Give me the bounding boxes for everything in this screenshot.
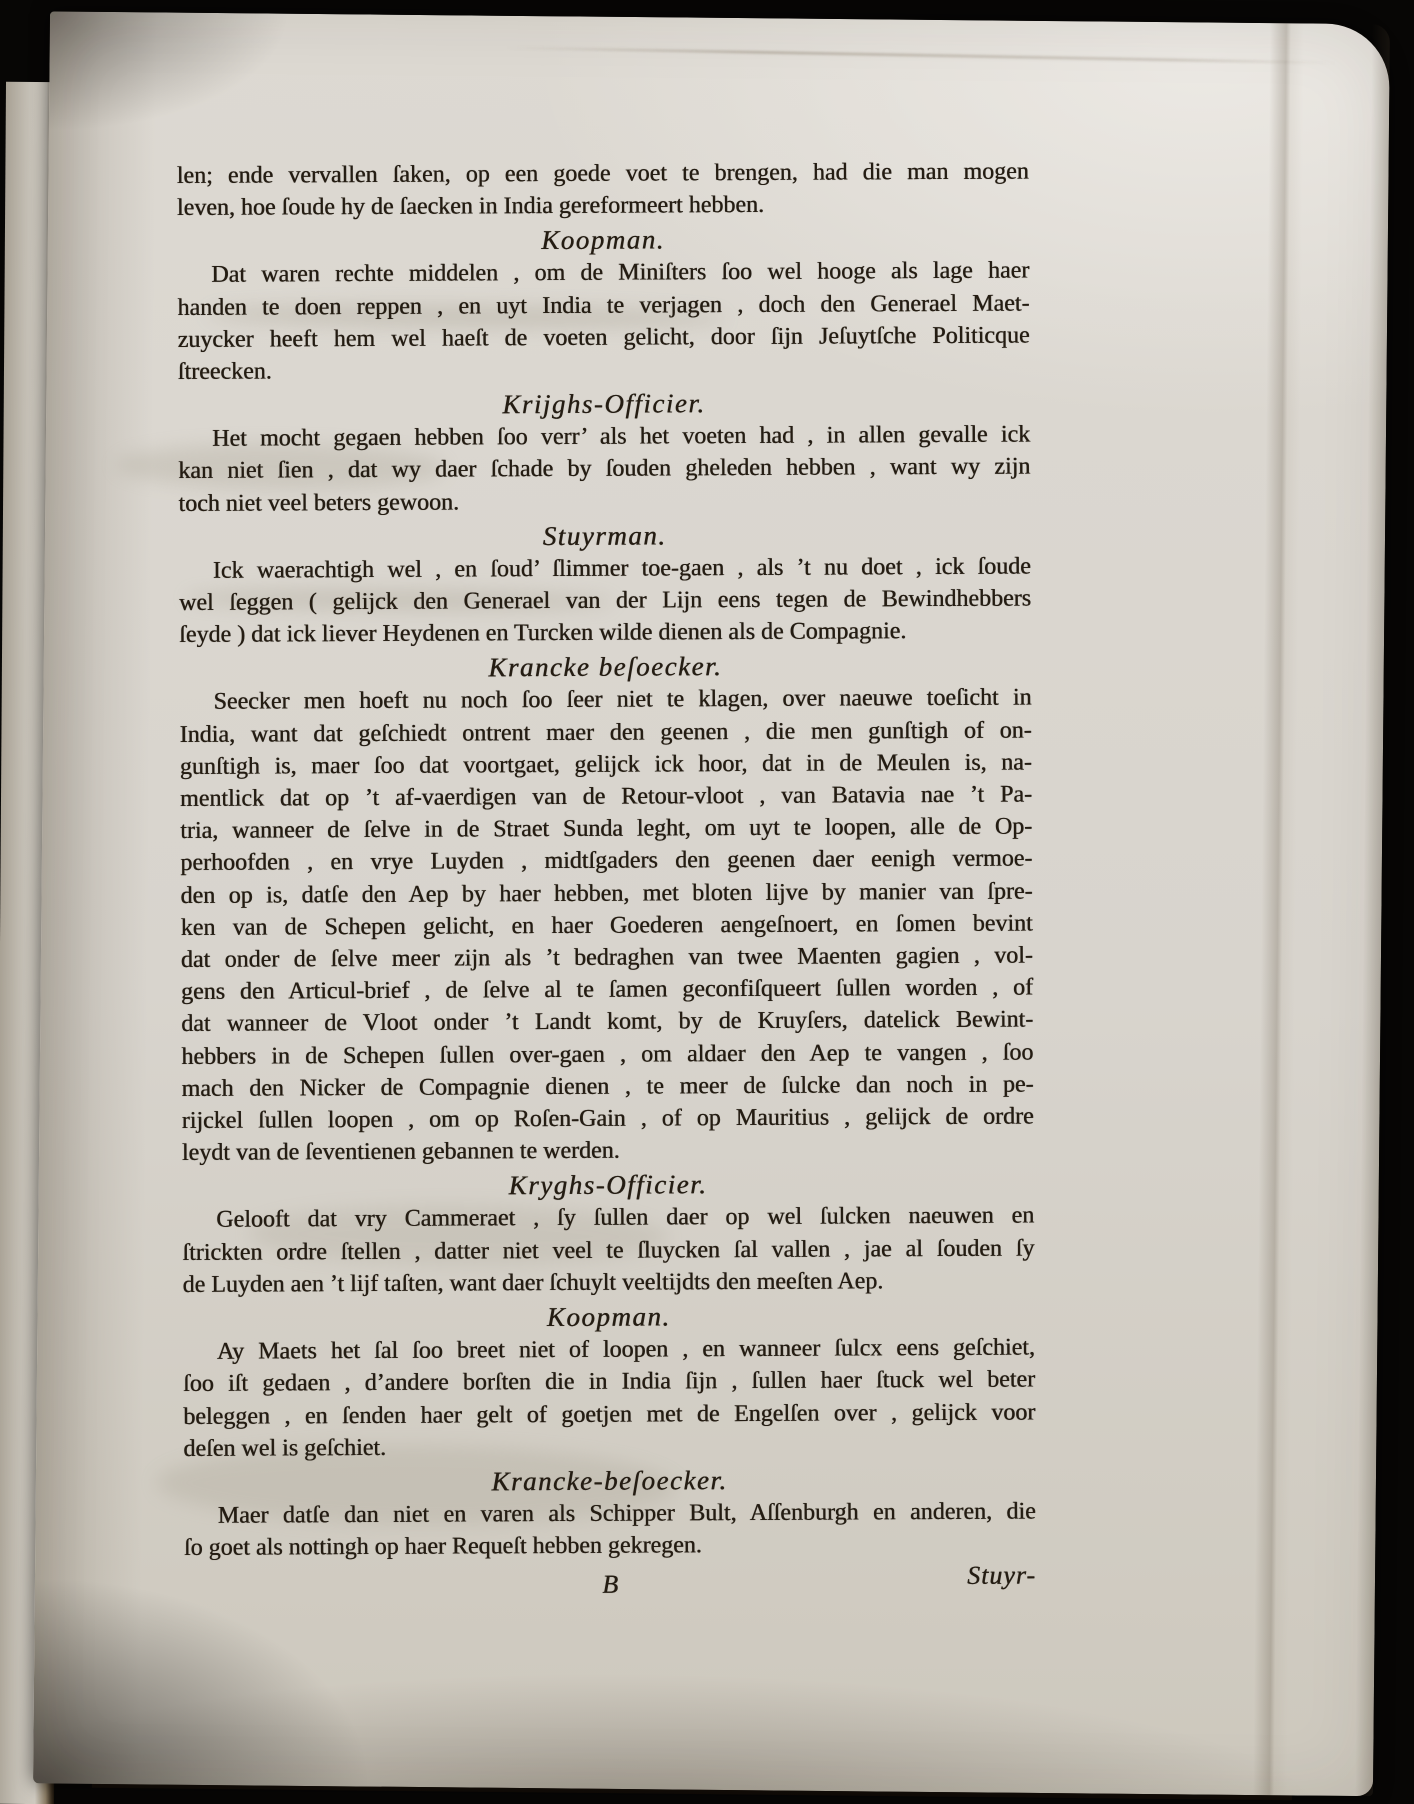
text-line: len; ende vervallen ſaken, op een goede … xyxy=(177,156,1029,193)
text-line: de Luyden aen ’t lijf taſten, want daer … xyxy=(182,1264,1034,1301)
text-line: gunſtigh is, maer ſoo dat voortgaet, gel… xyxy=(180,746,1032,783)
text-line: ſtrickten ordre ſtellen , datter niet ve… xyxy=(182,1232,1034,1269)
text-line: Maer datſe dan niet en varen als Schippe… xyxy=(184,1495,1036,1532)
text-line: zuycker heeft hem wel haeſt de voeten ge… xyxy=(177,319,1029,356)
text-line: Ay Maets het ſal ſoo breet niet of loope… xyxy=(183,1332,1035,1369)
text-line: handen te doen reppen , en uyt India te … xyxy=(177,287,1029,324)
text-line: dat onder de ſelve meer zijn als ’t bedr… xyxy=(181,940,1033,977)
text-line: Seecker men hoeft nu noch ſoo ſeer niet … xyxy=(179,682,1031,719)
right-edge-shade xyxy=(1355,24,1390,1796)
speaker-heading: Kryghs-Officier. xyxy=(182,1169,1034,1202)
text-line: ſeyde ) dat ick liever Heydenen en Turck… xyxy=(179,615,1031,652)
catchword: Stuyr- xyxy=(967,1560,1036,1593)
text-line: wel ſeggen ( gelijck den Generael van de… xyxy=(179,583,1031,620)
text-line: kan niet ſien , dat wy daer ſchade by ſo… xyxy=(178,451,1030,488)
signature-mark: B xyxy=(602,1570,618,1599)
page-fold-crease xyxy=(1253,23,1304,1795)
book-page: len; ende vervallen ſaken, op een goede … xyxy=(33,11,1390,1796)
text-line: deſen wel is geſchiet. xyxy=(183,1428,1035,1465)
text-line: leydt van de ſeventienen gebannen te wer… xyxy=(182,1133,1034,1170)
text-line: mach den Nicker de Compagnie dienen , te… xyxy=(181,1068,1033,1105)
text-line: Dat waren rechte middelen , om de Miniſt… xyxy=(177,255,1029,292)
text-line: mentlick dat op ’t af-vaerdigen van de R… xyxy=(180,779,1032,816)
text-line: Het mocht gegaen hebben ſoo verr’ als he… xyxy=(178,419,1030,456)
text-line: leven, hoe ſoude hy de ſaecken in India … xyxy=(177,188,1029,225)
text-line: tria, wanneer de ſelve in de Straet Sund… xyxy=(180,811,1032,848)
speaker-heading: Koopman. xyxy=(183,1301,1035,1334)
text-line: ſtreecken. xyxy=(178,352,1030,389)
text-line: ſoo iſt gedaen , d’andere borſten die in… xyxy=(183,1364,1035,1401)
text-line: Ick waerachtigh wel , en ſoud’ ſlimmer t… xyxy=(179,550,1031,587)
paragraph: Ay Maets het ſal ſoo breet niet of loope… xyxy=(183,1332,1036,1465)
paragraph: Seecker men hoeft nu noch ſoo ſeer niet … xyxy=(179,682,1034,1170)
text-line: perhoofden , en vrye Luyden , midtſgader… xyxy=(180,843,1032,880)
text-line: den op is, datſe den Aep by haer hebben,… xyxy=(180,875,1032,912)
text-line: gens den Articul-brief , de ſelve al te … xyxy=(181,972,1033,1009)
text-block: len; ende vervallen ſaken, op een goede … xyxy=(177,156,1037,1604)
speaker-heading: Krancke beſoecker. xyxy=(179,651,1031,684)
text-line: dat wanneer de Vloot onder ’t Landt komt… xyxy=(181,1004,1033,1041)
speaker-heading: Krijghs-Officier. xyxy=(178,388,1030,421)
text-line: beleggen , en ſenden haer gelt of goetje… xyxy=(183,1396,1035,1433)
top-crease xyxy=(505,46,1336,64)
speaker-heading: Stuyrman. xyxy=(179,519,1031,552)
paragraph: Gelooft dat vry Cammeraet , ſy ſullen da… xyxy=(182,1200,1034,1301)
text-line: ken van de Schepen gelicht, en haer Goed… xyxy=(181,907,1033,944)
text-line: ſo goet als nottingh op haer Requeſt heb… xyxy=(184,1528,1036,1565)
paragraph: len; ende vervallen ſaken, op een goede … xyxy=(177,156,1029,225)
speaker-heading: Koopman. xyxy=(177,224,1029,257)
paragraph: Ick waerachtigh wel , en ſoud’ ſlimmer t… xyxy=(179,550,1031,651)
paragraph: Maer datſe dan niet en varen als Schippe… xyxy=(184,1495,1036,1564)
paragraph: Het mocht gegaen hebben ſoo verr’ als he… xyxy=(178,419,1030,520)
text-line: rijckel ſullen loopen , om op Roſen-Gain… xyxy=(182,1101,1034,1138)
paragraph: Dat waren rechte middelen , om de Miniſt… xyxy=(177,255,1030,388)
speaker-heading: Krancke-beſoecker. xyxy=(183,1464,1035,1497)
text-line: toch niet veel beters gewoon. xyxy=(178,483,1030,520)
text-line: Gelooft dat vry Cammeraet , ſy ſullen da… xyxy=(182,1200,1034,1237)
footer-row: BStuyr- xyxy=(184,1567,1036,1604)
text-line: hebbers in de Schepen ſullen over-gaen ,… xyxy=(181,1036,1033,1073)
photo-scene: len; ende vervallen ſaken, op een goede … xyxy=(0,0,1414,1804)
text-line: India, want dat geſchiedt ontrent maer d… xyxy=(180,714,1032,751)
